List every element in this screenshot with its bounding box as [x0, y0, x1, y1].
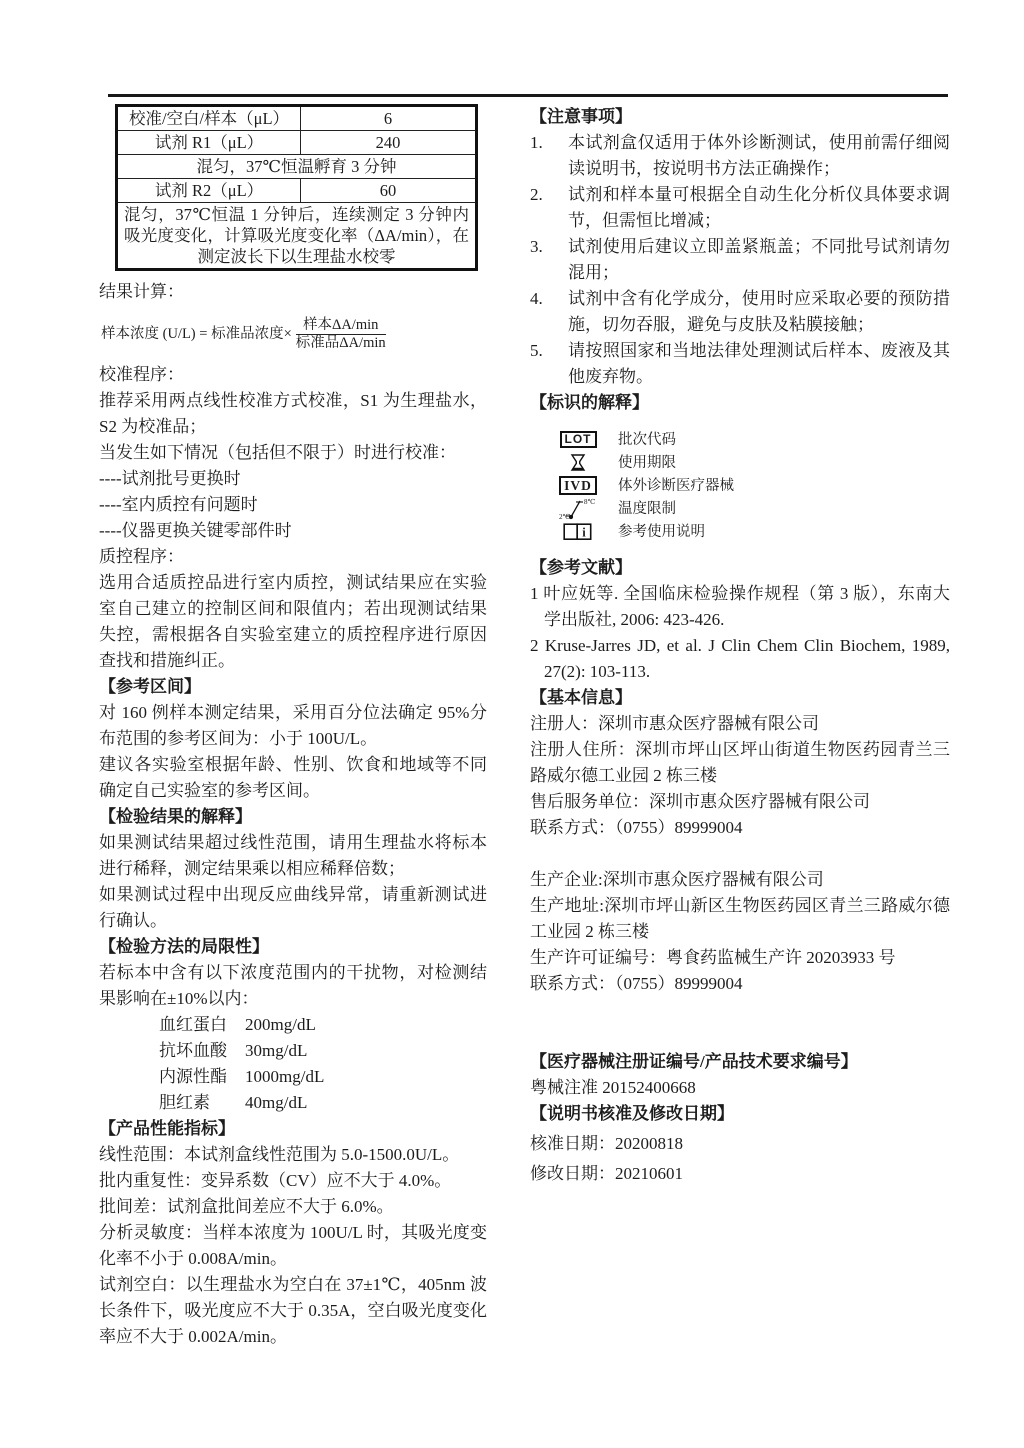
symbol-row: LOT 批次代码 [554, 428, 950, 451]
symbol-row: i 参考使用说明 [554, 520, 950, 543]
consult-instructions-icon: i [563, 523, 593, 541]
section-heading-performance: 【产品性能指标】 [99, 1116, 487, 1142]
qc-paragraph: 选用合适质控品进行室内质控，测试结果应在实验室自己建立的控制区间和限值内；若出现… [99, 570, 487, 674]
qc-label: 质控程序： [99, 544, 487, 570]
left-column: 校准/空白/样本（μL） 6 试剂 R1（μL） 240 混匀，37℃恒温孵育 … [99, 104, 487, 1350]
registrant-line: 注册人住所：深圳市坪山区坪山街道生物医药园青兰三路威尔德工业园 2 栋三楼 [530, 737, 950, 789]
table-cell-merged: 混匀，37℃恒温 1 分钟后，连续测定 3 分钟内吸光度变化，计算吸光度变化率（… [117, 203, 477, 270]
notice-item: 1. 本试剂盒仅适用于体外诊断测试，使用前需仔细阅读说明书，按说明书方法正确操作… [530, 130, 950, 182]
interferent-name: 内源性酯 [159, 1064, 245, 1090]
paragraph: 对 160 例样本测定结果，采用百分位法确定 95%分布范围的参考区间为：小于 … [99, 700, 487, 752]
section-heading-method-limitations: 【检验方法的局限性】 [99, 934, 487, 960]
page-top-rule [108, 94, 948, 97]
procedure-table: 校准/空白/样本（μL） 6 试剂 R1（μL） 240 混匀，37℃恒温孵育 … [115, 104, 478, 271]
performance-line: 分析灵敏度：当样本浓度为 100U/L 时，其吸光度变化率不小于 0.008A/… [99, 1220, 487, 1272]
notice-item: 5. 请按照国家和当地法律处理测试后样本、废液及其他废弃物。 [530, 338, 950, 390]
interferent-value: 40mg/dL [245, 1090, 307, 1116]
notice-text: 请按照国家和当地法律处理测试后样本、废液及其他废弃物。 [568, 338, 950, 390]
paragraph: 如果测试过程中出现反应曲线异常，请重新测试进行确认。 [99, 882, 487, 934]
performance-line: 试剂空白：以生理盐水为空白在 37±1℃，405nm 波长条件下，吸光度应不大于… [99, 1272, 487, 1350]
paragraph: 如果测试结果超过线性范围，请用生理盐水将标本进行稀释，测定结果乘以相应稀释倍数； [99, 830, 487, 882]
interferent-row: 血红蛋白 200mg/dL [159, 1012, 487, 1038]
ivd-icon: IVD [559, 476, 597, 495]
performance-line: 批内重复性：变异系数（CV）应不大于 4.0%。 [99, 1168, 487, 1194]
registration-number: 粤械注准 20152400668 [530, 1075, 950, 1101]
interferent-value: 1000mg/dL [245, 1064, 324, 1090]
manufacturer-line: 生产地址:深圳市坪山新区生物医药园区青兰三路威尔德工业园 2 栋三楼 [530, 893, 950, 945]
notice-text: 试剂使用后建议立即盖紧瓶盖；不同批号试剂请勿混用； [568, 234, 950, 286]
section-heading-reference-interval: 【参考区间】 [99, 674, 487, 700]
section-heading-notices: 【注意事项】 [530, 104, 950, 130]
section-heading-references: 【参考文献】 [530, 555, 950, 581]
manufacturer-line: 生产企业:深圳市惠众医疗器械有限公司 [530, 867, 950, 893]
notice-item: 4. 试剂中含有化学成分，使用时应采取必要的预防措施，切勿吞服，避免与皮肤及粘膜… [530, 286, 950, 338]
table-row: 试剂 R2（μL） 60 [117, 179, 477, 203]
reference-item: 2 Kruse-Jarres JD, et al. J Clin Chem Cl… [530, 633, 950, 685]
interferent-value: 30mg/dL [245, 1038, 307, 1064]
notice-text: 本试剂盒仅适用于体外诊断测试，使用前需仔细阅读说明书，按说明书方法正确操作； [568, 130, 950, 182]
registrant-line: 联系方式：（0755）89999004 [530, 815, 950, 841]
paragraph: 建议各实验室根据年龄、性别、饮食和地域等不同确定自己实验室的参考区间。 [99, 752, 487, 804]
svg-text:8℃: 8℃ [584, 498, 596, 506]
hourglass-icon [570, 453, 586, 472]
calibration-line: 当发生如下情况（包括但不限于）时进行校准： [99, 440, 487, 466]
calibration-label: 校准程序： [99, 362, 487, 388]
table-row: 试剂 R1（μL） 240 [117, 131, 477, 155]
registrant-line: 售后服务单位：深圳市惠众医疗器械有限公司 [530, 789, 950, 815]
notice-number: 1. [530, 130, 568, 182]
performance-line: 批间差：试剂盒批间差应不大于 6.0%。 [99, 1194, 487, 1220]
symbol-row: 使用期限 [554, 451, 950, 474]
table-row: 混匀，37℃恒温孵育 3 分钟 [117, 155, 477, 179]
calibration-line: 推荐采用两点线性校准方式校准，S1 为生理盐水，S2 为校准品； [99, 388, 487, 440]
svg-text:i: i [582, 525, 586, 539]
section-heading-revision-dates: 【说明书核准及修改日期】 [530, 1101, 950, 1127]
paragraph: 若标本中含有以下浓度范围内的干扰物，对检测结果影响在±10%以内： [99, 960, 487, 1012]
calibration-line: ----试剂批号更换时 [99, 466, 487, 492]
symbol-label: 参考使用说明 [618, 519, 705, 545]
interferent-name: 胆红素 [159, 1090, 245, 1116]
symbol-row: 8℃ 2℃ 温度限制 [554, 497, 950, 520]
approval-date-line: 核准日期：20200818 [530, 1131, 950, 1157]
notice-item: 2. 试剂和样本量可根据全自动生化分析仪具体要求调节，但需恒比增减； [530, 182, 950, 234]
registrant-line: 注册人：深圳市惠众医疗器械有限公司 [530, 711, 950, 737]
table-row: 混匀，37℃恒温 1 分钟后，连续测定 3 分钟内吸光度变化，计算吸光度变化率（… [117, 203, 477, 270]
notice-number: 2. [530, 182, 568, 234]
calibration-line: ----室内质控有问题时 [99, 492, 487, 518]
section-heading-basic-info: 【基本信息】 [530, 685, 950, 711]
section-heading-symbols: 【标识的解释】 [530, 390, 950, 416]
notice-text: 试剂中含有化学成分，使用时应采取必要的预防措施，切勿吞服，避免与皮肤及粘膜接触； [568, 286, 950, 338]
formula-numerator: 样本ΔA/min [296, 317, 386, 334]
formula-denominator: 标准品ΔA/min [296, 334, 386, 352]
interferent-row: 胆红素 40mg/dL [159, 1090, 487, 1116]
result-calculation-label: 结果计算： [99, 279, 487, 305]
performance-line: 线性范围：本试剂盒线性范围为 5.0-1500.0U/L。 [99, 1142, 487, 1168]
page: { "page": {"bg": "#ffffff", "ink": "#1c1… [0, 0, 1024, 1448]
revision-date-line: 修改日期：20210601 [530, 1161, 950, 1187]
table-cell-label: 试剂 R1（μL） [117, 131, 301, 155]
svg-text:2℃: 2℃ [559, 513, 571, 521]
interferent-row: 抗坏血酸 30mg/dL [159, 1038, 487, 1064]
table-cell-label: 试剂 R2（μL） [117, 179, 301, 203]
manufacturer-line: 生产许可证编号：粤食药监械生产许 20203933 号 [530, 945, 950, 971]
table-cell-label: 校准/空白/样本（μL） [117, 106, 301, 131]
table-row: 校准/空白/样本（μL） 6 [117, 106, 477, 131]
interferent-name: 抗坏血酸 [159, 1038, 245, 1064]
result-formula: 样本浓度 (U/L) = 标准品浓度× 样本ΔA/min 标准品ΔA/min [101, 317, 487, 352]
table-cell-value: 6 [301, 106, 477, 131]
manufacturer-line: 联系方式：（0755）89999004 [530, 971, 950, 997]
table-cell-value: 240 [301, 131, 477, 155]
notice-number: 4. [530, 286, 568, 338]
reference-item: 1 叶应妩等. 全国临床检验操作规程（第 3 版），东南大学出版社, 2006:… [530, 581, 950, 633]
notice-number: 3. [530, 234, 568, 286]
interferent-value: 200mg/dL [245, 1012, 316, 1038]
interferent-row: 内源性酯 1000mg/dL [159, 1064, 487, 1090]
symbol-row: IVD 体外诊断医疗器械 [554, 474, 950, 497]
section-heading-registration-no: 【医疗器械注册证编号/产品技术要求编号】 [530, 1049, 950, 1075]
right-column: 【注意事项】 1. 本试剂盒仅适用于体外诊断测试，使用前需仔细阅读说明书，按说明… [530, 104, 950, 1187]
table-cell-value: 60 [301, 179, 477, 203]
table-cell-merged: 混匀，37℃恒温孵育 3 分钟 [117, 155, 477, 179]
notice-item: 3. 试剂使用后建议立即盖紧瓶盖；不同批号试剂请勿混用； [530, 234, 950, 286]
formula-fraction: 样本ΔA/min 标准品ΔA/min [296, 317, 386, 352]
symbols-table: LOT 批次代码 使用期限 IVD 体外诊断医疗器械 [554, 428, 950, 543]
section-heading-result-interpretation: 【检验结果的解释】 [99, 804, 487, 830]
lot-icon: LOT [560, 431, 597, 448]
interferent-name: 血红蛋白 [159, 1012, 245, 1038]
temperature-limit-icon: 8℃ 2℃ [559, 496, 597, 522]
formula-lhs: 样本浓度 (U/L) = 标准品浓度× [101, 326, 292, 343]
notice-text: 试剂和样本量可根据全自动生化分析仪具体要求调节，但需恒比增减； [568, 182, 950, 234]
notice-number: 5. [530, 338, 568, 390]
calibration-line: ----仪器更换关键零部件时 [99, 518, 487, 544]
